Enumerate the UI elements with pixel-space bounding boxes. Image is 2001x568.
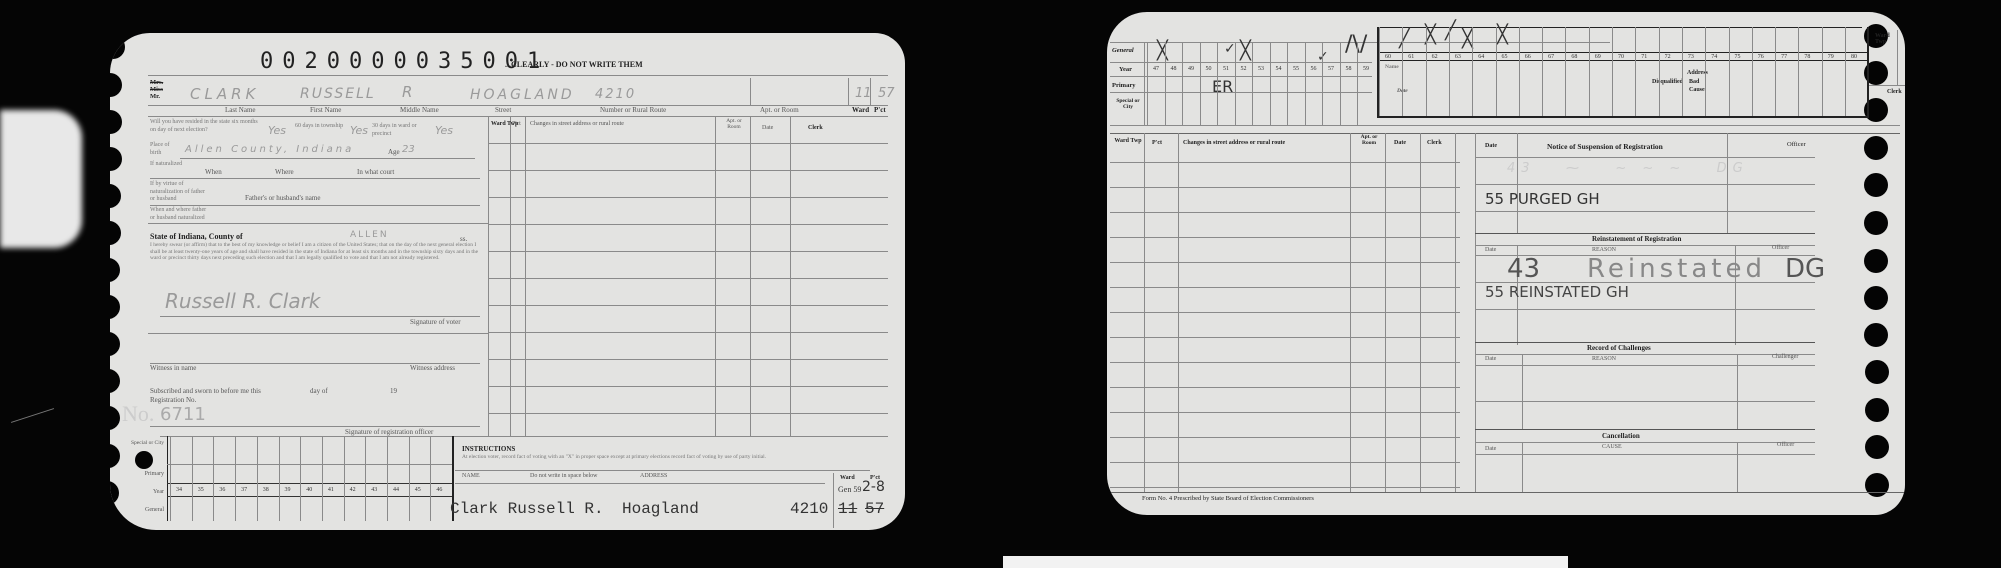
challenges-header-date: Date <box>1485 356 1496 362</box>
year-cell: 38 <box>259 487 273 493</box>
age-label: Age <box>388 149 400 156</box>
reinstatement-header-reason: REASON <box>1592 247 1616 253</box>
year-cell: 71 <box>1637 54 1651 60</box>
punch-hole <box>110 444 120 468</box>
father-name-label: Father's or husband's name <box>245 195 320 202</box>
vote-mark: ╳ <box>1497 26 1508 44</box>
middle-name-label: Middle Name <box>400 107 439 114</box>
year-cell: 36 <box>215 487 229 493</box>
punch-hole <box>1865 360 1889 384</box>
ward-label: Ward <box>852 107 869 114</box>
year-cell: 63 <box>1451 54 1465 60</box>
year-cell: 61 <box>1404 54 1418 60</box>
suspension-faint-entry: 43 ⁓ ~ ~ ~ DG <box>1507 162 1749 175</box>
witness-address-label: Witness address <box>410 365 455 372</box>
back-changes-header-pct: P'ct <box>1152 140 1162 146</box>
form-note: Form No. 4 Prescribed by State Board of … <box>1142 496 1314 503</box>
grid-label-general: General <box>122 507 164 513</box>
cancellation-header-date: Date <box>1485 446 1496 452</box>
township-label: 60 days in township <box>295 123 350 131</box>
vote-mark: ╱ <box>1399 30 1410 48</box>
punch-hole <box>110 184 121 208</box>
primary-mark: ER <box>1212 79 1233 95</box>
signature-label: Signature of voter <box>410 319 461 326</box>
cancellation-header-cause: CAUSE <box>1602 444 1622 450</box>
punch-hole <box>1864 249 1888 273</box>
changes-header-address: Changes in street address or rural route <box>530 121 624 127</box>
residency-state-answer[interactable]: Yes <box>268 125 286 136</box>
year-cell: 74 <box>1707 54 1721 60</box>
ward-residency-answer[interactable]: Yes <box>435 125 453 136</box>
year-cell: 79 <box>1824 54 1838 60</box>
apt-label: Apt. or Room <box>760 107 799 114</box>
year-cell: 62 <box>1428 54 1442 60</box>
year-cell: 37 <box>237 487 251 493</box>
scan-scratch <box>11 408 54 423</box>
year-cell: 72 <box>1661 54 1675 60</box>
reinstatement-date: 43 <box>1507 256 1540 282</box>
grid-label-year: Year <box>122 489 164 495</box>
township-answer[interactable]: Yes <box>350 125 368 136</box>
year-cell: 49 <box>1184 66 1198 72</box>
changes-header-pct: P'ct <box>512 121 521 127</box>
punch-hole <box>1864 323 1888 347</box>
typed-street: Hoagland <box>622 501 699 517</box>
year-cell: 50 <box>1202 66 1216 72</box>
header-instruction: ...CLEARLY - DO NOT WRITE THEM <box>505 61 643 69</box>
county-value[interactable]: ALLEN <box>350 231 389 240</box>
punch-hole <box>110 35 125 59</box>
pct-old: 57 <box>865 501 884 517</box>
year-cell: 47 <box>1149 66 1163 72</box>
year-cell: 41 <box>324 487 338 493</box>
year-cell: 56 <box>1307 66 1321 72</box>
punch-hole <box>110 332 120 356</box>
punch-hole <box>110 481 119 505</box>
back-clerk-label: Clerk <box>1887 89 1902 95</box>
year-cell: 53 <box>1254 66 1268 72</box>
ward-old: 11 <box>838 501 857 517</box>
typed-name: Clark Russell R. <box>450 501 604 517</box>
inner-label-cause: Cause <box>1689 87 1705 93</box>
year-cell: 34 <box>172 487 186 493</box>
instructions-text: At election voter, record fact of voting… <box>462 454 882 461</box>
pct-label: P'ct <box>874 107 886 114</box>
when-label: When <box>205 169 222 176</box>
instructions-name-label: NAME <box>462 473 480 479</box>
cancellation-title: Cancellation <box>1602 433 1640 440</box>
punch-hole <box>110 110 122 134</box>
registration-number[interactable]: 6711 <box>160 406 206 424</box>
punch-hole <box>110 369 120 393</box>
reinstatement-entry-2: 55 REINSTATED GH <box>1485 285 1629 300</box>
suspension-header-officer: Officer <box>1787 142 1806 149</box>
naturalized-label: If naturalized <box>150 161 190 169</box>
voter-signature[interactable]: Russell R. Clark <box>165 291 320 311</box>
subscribed-text: Subscribed and sworn to before me this <box>150 388 261 395</box>
day-label: day of <box>310 388 328 395</box>
reinstatement-reason: Reinstated <box>1587 256 1766 282</box>
year-cell: 70 <box>1614 54 1628 60</box>
punch-hole <box>1865 473 1889 497</box>
year-cell: 64 <box>1474 54 1488 60</box>
salutation-options: Mrs. Miss Mr. <box>150 79 163 100</box>
year-cell: 43 <box>367 487 381 493</box>
typed-number: 4210 <box>790 501 828 517</box>
year-cell: 58 <box>1342 66 1356 72</box>
birth-label: Place of birth <box>150 142 180 157</box>
court-label: In what court <box>357 169 394 176</box>
back-changes-header-date: Date <box>1394 140 1406 146</box>
instructions-note: Do not write in space below <box>530 473 597 479</box>
year-cell: 48 <box>1167 66 1181 72</box>
registration-card-front: 0020000035001 ...CLEARLY - DO NOT WRITE … <box>110 33 905 530</box>
year-cell: 75 <box>1731 54 1745 60</box>
grid-label-primary: Primary <box>122 471 164 477</box>
challenges-header-reason: REASON <box>1592 356 1616 362</box>
changes-header-clerk: Clerk <box>808 125 823 131</box>
year-cell: 65 <box>1498 54 1512 60</box>
year-cell: 35 <box>194 487 208 493</box>
back-grid-label-year: Year <box>1119 67 1132 74</box>
year-cell: 80 <box>1847 54 1861 60</box>
instructions-address-label: ADDRESS <box>640 473 667 479</box>
punch-hole <box>1865 435 1889 459</box>
year-cell: 51 <box>1219 66 1233 72</box>
punch-hole <box>1865 398 1889 422</box>
year-cell: 66 <box>1521 54 1535 60</box>
by-virtue-label: If by virtue of naturalization of father… <box>150 181 205 204</box>
vote-mark: ╱ <box>1445 22 1456 40</box>
changes-header-date: Date <box>762 125 773 131</box>
back-changes-header-ward: Ward Twp <box>1114 138 1142 144</box>
year-cell: 39 <box>281 487 295 493</box>
year-cell: 68 <box>1567 54 1581 60</box>
punch-hole <box>1864 211 1888 235</box>
punch-hole <box>1864 136 1888 160</box>
punch-hole <box>110 295 120 319</box>
year-cell: 77 <box>1777 54 1791 60</box>
pct-new: 2-8 <box>862 480 885 494</box>
registration-officer-label: Signature of registration officer <box>345 429 433 436</box>
back-grid-label-general: General <box>1112 48 1134 55</box>
last-name-value[interactable]: CLARK <box>190 87 259 102</box>
grid-label-special: Special or City <box>130 440 164 446</box>
year-cell: 45 <box>411 487 425 493</box>
year-cell: 55 <box>1289 66 1303 72</box>
year-cell: 57 <box>1324 66 1338 72</box>
year-cell: 76 <box>1754 54 1768 60</box>
punch-hole-small <box>135 451 153 469</box>
witness-name-label: Witness in name <box>150 365 196 372</box>
inner-label-name: Name <box>1385 65 1399 71</box>
number-label: Number or Rural Route <box>600 107 666 114</box>
year-cell: 46 <box>432 487 446 493</box>
number-value[interactable]: 4210 <box>595 88 636 101</box>
scan-edge-strip <box>1003 556 1568 568</box>
punch-hole <box>110 147 122 171</box>
ward-new: Gen 59 <box>838 486 861 494</box>
back-grid-label-primary: Primary <box>1112 83 1135 90</box>
punch-hole <box>110 406 120 430</box>
last-name-label: Last Name <box>225 107 256 114</box>
vote-mark: ╳ <box>1425 26 1436 44</box>
back-changes-header-address: Changes in street address or rural route <box>1183 140 1285 146</box>
back-ward-label: Ward Twp <box>1875 33 1895 45</box>
inner-label-disqualified: Disqualified <box>1652 79 1683 85</box>
vote-mark: ╳ <box>1240 42 1251 60</box>
number-prefix: No. <box>122 403 154 425</box>
year-cell: 73 <box>1684 54 1698 60</box>
challenges-header-challenger: Challenger <box>1772 354 1798 360</box>
inner-label-bad: Bad <box>1689 79 1699 85</box>
first-name-value[interactable]: RUSSELL <box>300 87 376 101</box>
punch-hole <box>1864 286 1888 310</box>
street-value[interactable]: HOAGLAND <box>470 88 575 102</box>
year-label: 19 <box>390 388 397 395</box>
punch-hole <box>110 73 122 97</box>
year-cell: 52 <box>1237 66 1251 72</box>
pct-value[interactable]: 57 <box>878 87 895 100</box>
street-label: Street <box>495 107 511 114</box>
year-cell: 40 <box>302 487 316 493</box>
ward-residency-label: 30 days in ward or precinct <box>372 123 432 138</box>
reinstatement-title: Reinstatement of Registration <box>1592 236 1681 243</box>
year-cell: 60 <box>1381 54 1395 60</box>
oath-heading: State of Indiana, County of <box>150 233 243 241</box>
back-grid-label-special: Special or City <box>1113 98 1143 110</box>
year-cell: 54 <box>1272 66 1286 72</box>
reinstatement-header-date: Date <box>1485 247 1496 253</box>
reinstatement-officer: DG <box>1785 256 1825 282</box>
cancellation-header-officer: Officer <box>1777 442 1794 448</box>
registration-card-back: General Year Primary Special or City Nam… <box>1107 12 1905 515</box>
challenges-title: Record of Challenges <box>1587 345 1651 352</box>
first-name-label: First Name <box>310 107 341 114</box>
oath-text: I hereby swear (or affirm) that to the b… <box>150 242 480 262</box>
birth-value[interactable]: Allen County, Indiana <box>185 145 354 155</box>
instructions-heading: INSTRUCTIONS <box>462 446 515 453</box>
changes-header-apt: Apt. or Room <box>720 119 748 130</box>
label-ward-header: Ward <box>840 475 855 481</box>
vote-mark: ╳ <box>1157 42 1168 60</box>
year-cell: 59 <box>1359 66 1373 72</box>
punch-hole <box>110 221 121 245</box>
suspension-header-notice: Notice of Suspension of Registration <box>1547 143 1663 151</box>
suspension-entry: 55 PURGED GH <box>1485 192 1600 207</box>
suspension-header-date: Date <box>1485 143 1497 149</box>
year-cell: 69 <box>1591 54 1605 60</box>
reinstatement-header-officer: Officer <box>1772 245 1789 251</box>
registration-label: Registration No. <box>150 397 196 404</box>
age-value[interactable]: 23 <box>402 145 415 155</box>
punch-hole <box>110 258 120 282</box>
blurred-edge-artifact <box>0 110 82 248</box>
year-cell: 67 <box>1544 54 1558 60</box>
punch-hole <box>1864 173 1888 197</box>
middle-name-value[interactable]: R <box>402 85 412 100</box>
residency-state-question: Will you have resided in the state six m… <box>150 119 260 134</box>
year-cell: 78 <box>1800 54 1814 60</box>
year-cell: 44 <box>389 487 403 493</box>
back-changes-header-apt: Apt. or Room <box>1355 134 1383 146</box>
year-cell: 42 <box>346 487 360 493</box>
back-changes-header-clerk: Clerk <box>1427 140 1442 146</box>
where-label: Where <box>275 169 294 176</box>
when-where-label: When and where father or husband natural… <box>150 207 210 222</box>
